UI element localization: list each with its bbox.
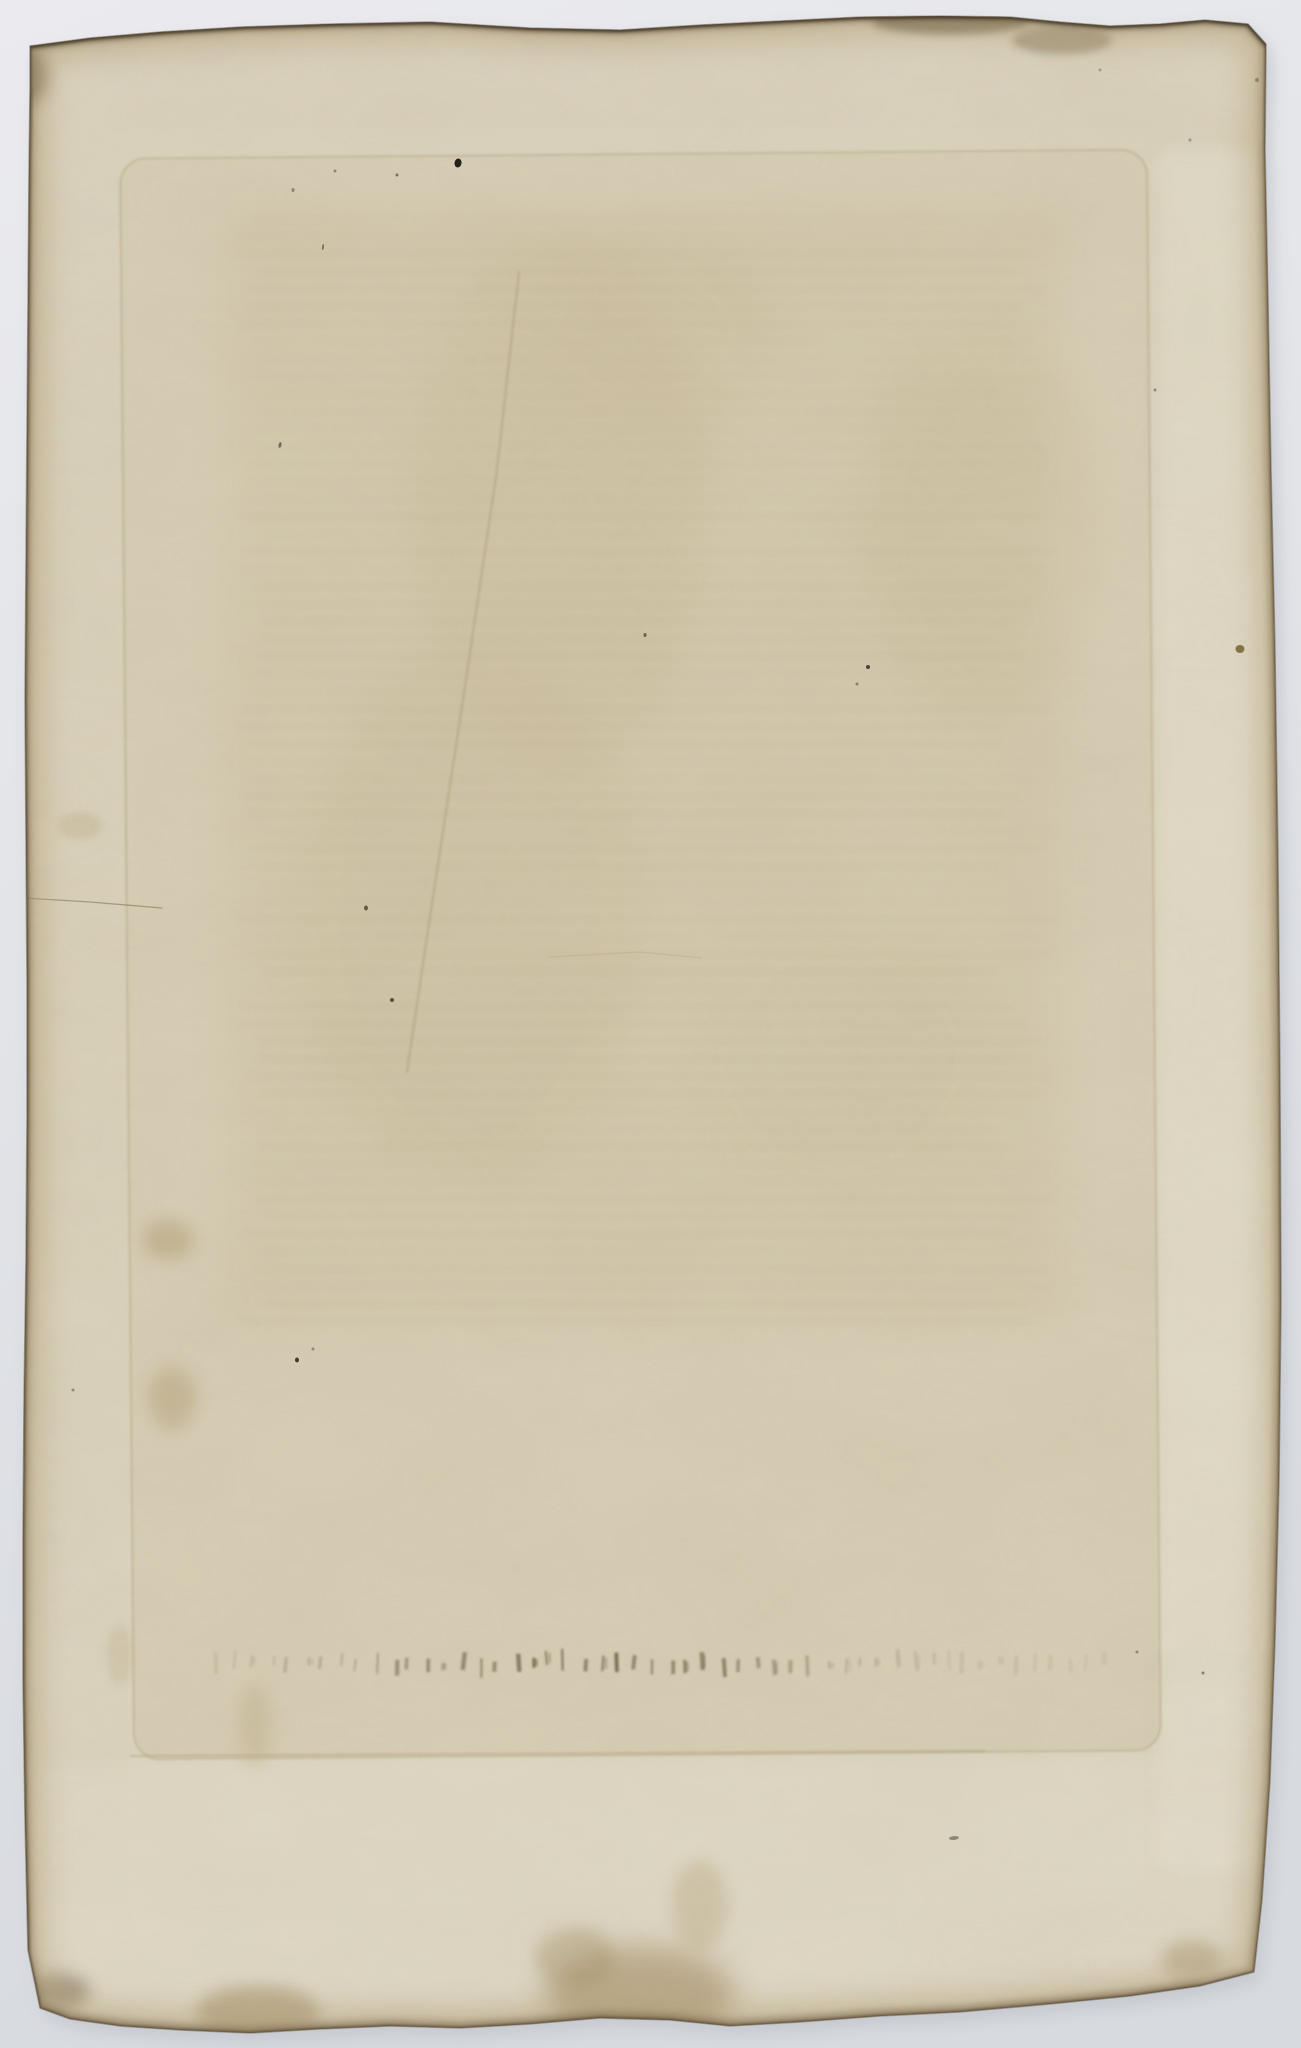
paper-surface: [15, 5, 1290, 2043]
print-verso-photo: [0, 0, 1301, 2048]
paper-grain: [15, 5, 1290, 2040]
photo-of-print-verso: [0, 0, 1301, 2048]
